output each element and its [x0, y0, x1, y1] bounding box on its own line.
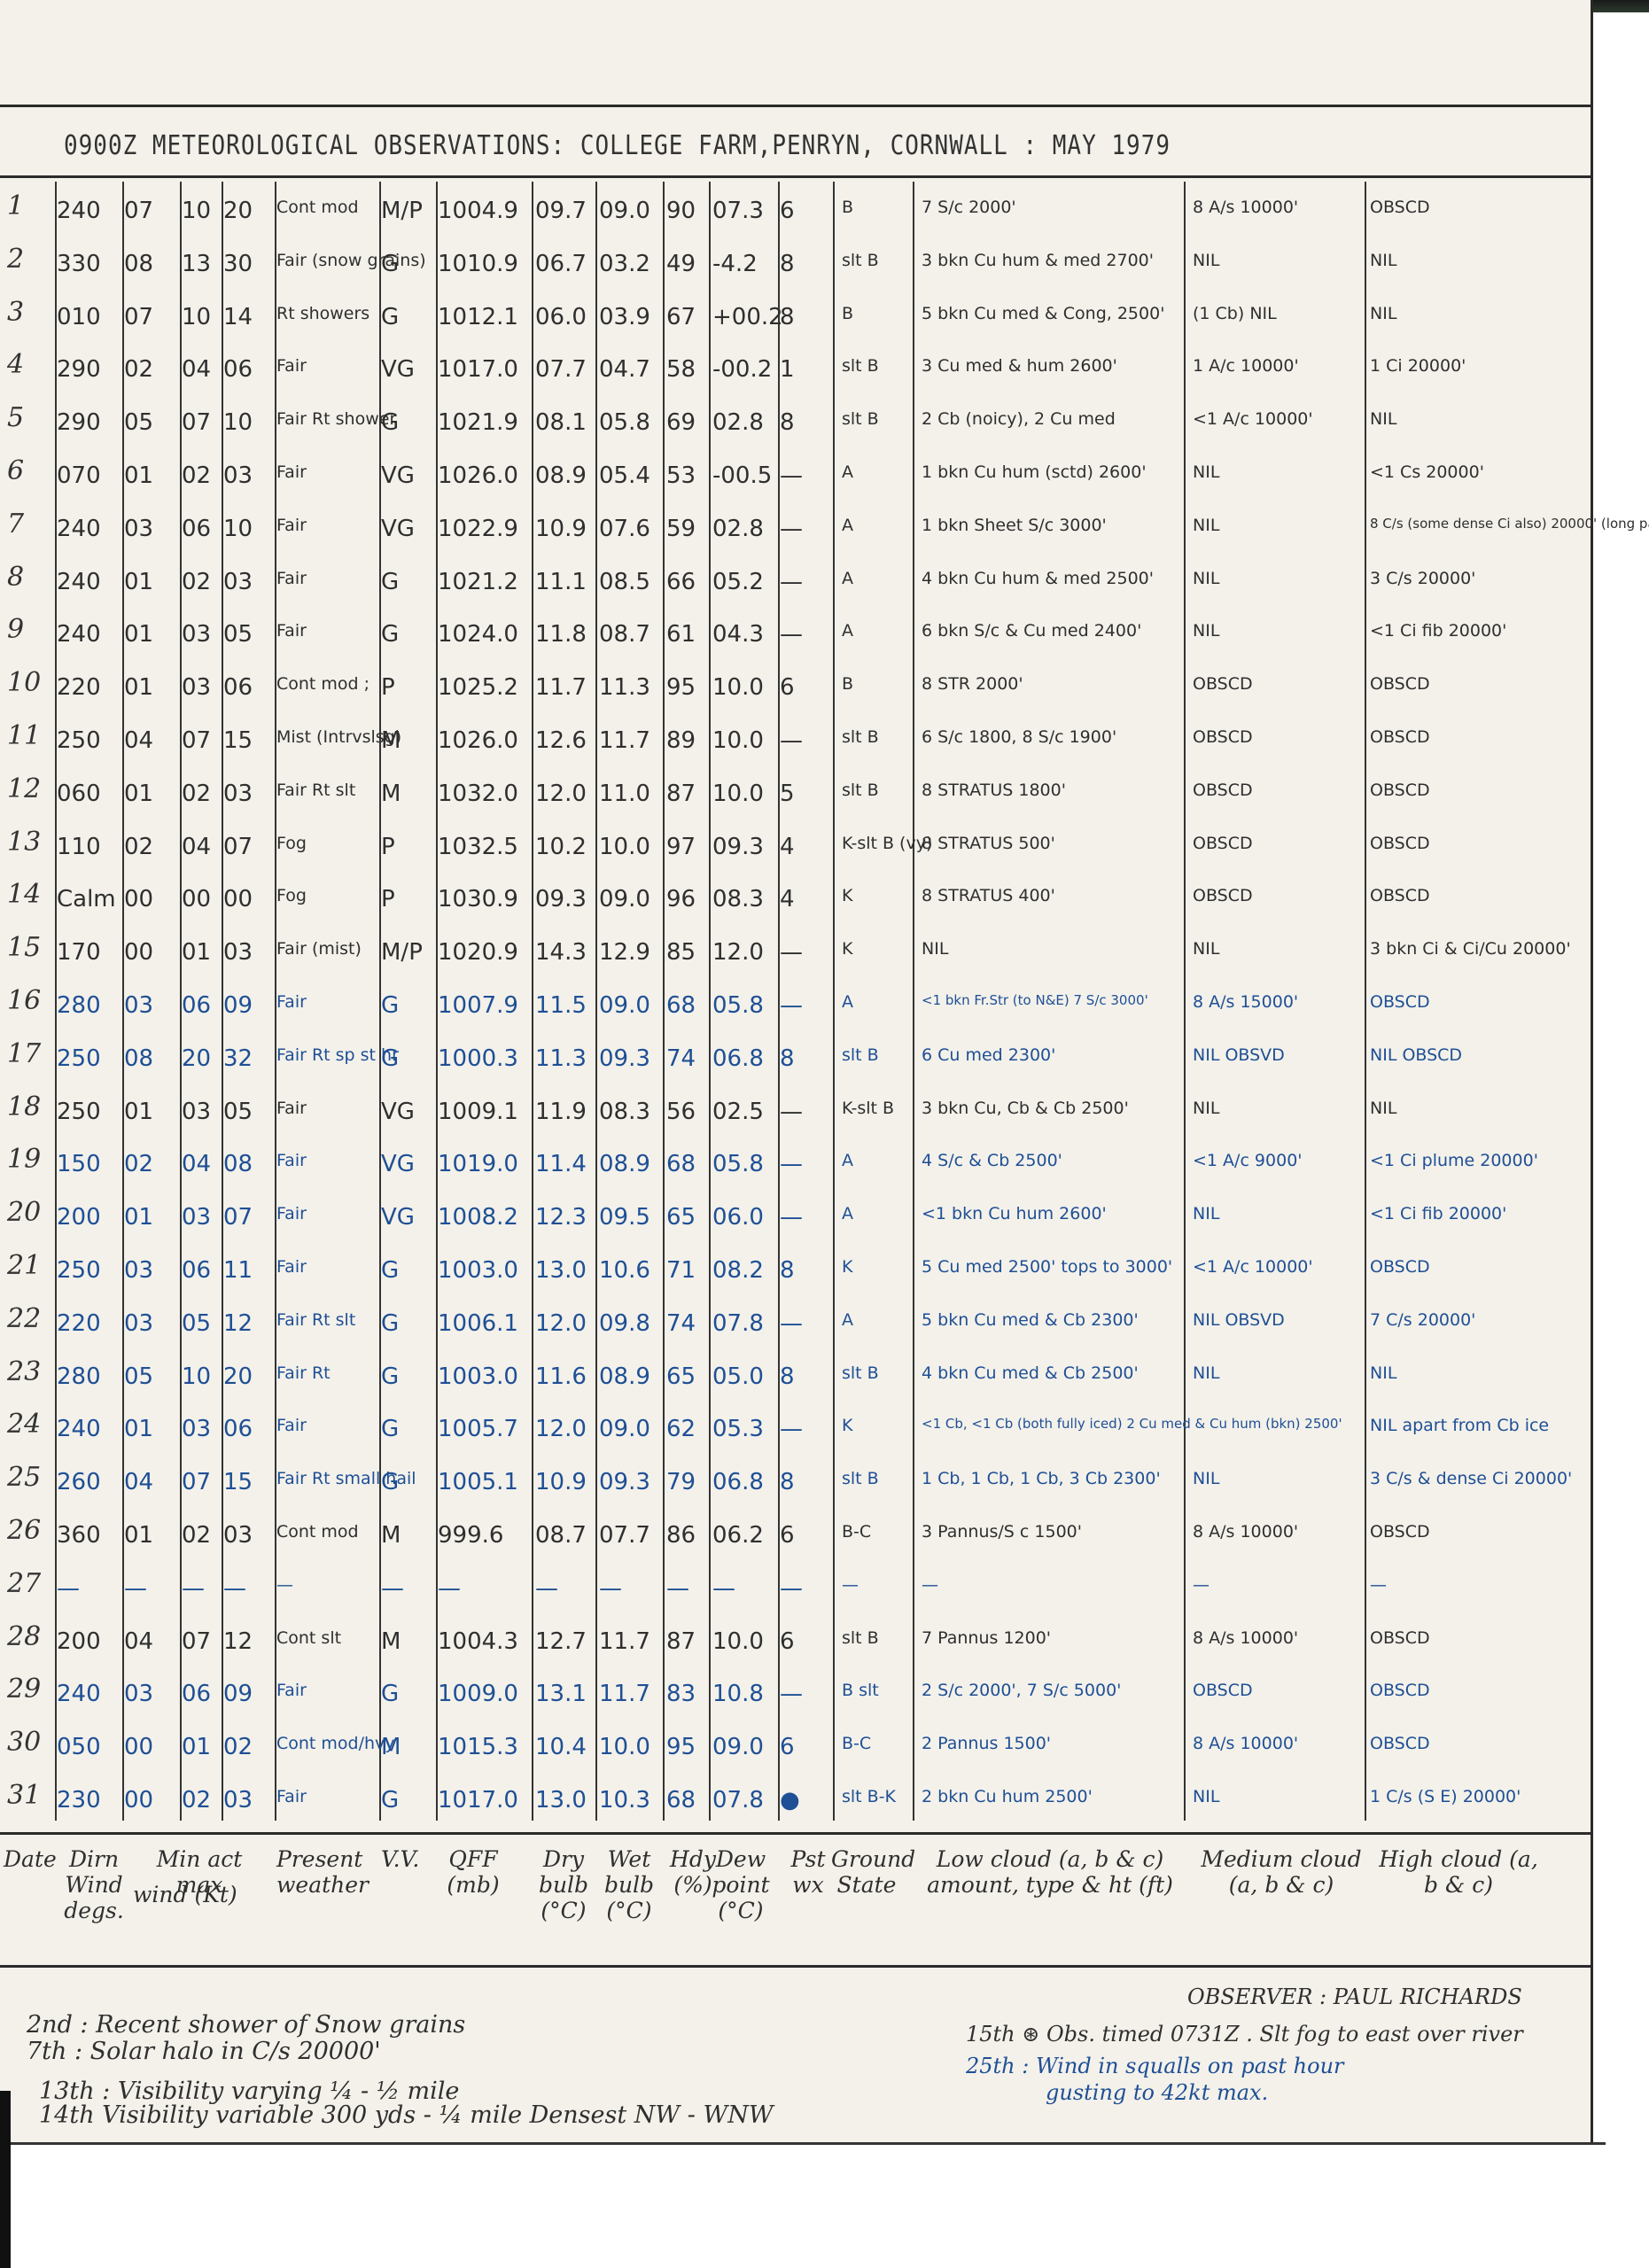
- cell-gs: K: [842, 1257, 852, 1277]
- day-number: 19: [7, 1144, 51, 1175]
- cell-gs: A: [842, 516, 853, 535]
- cell-wmax: 30: [223, 251, 253, 277]
- cell-wet: 08.3: [599, 1099, 650, 1125]
- cell-pst: 6: [780, 674, 795, 701]
- cell-wmin: 01: [124, 462, 153, 489]
- cell-low: 8 STRATUS 500': [922, 834, 1055, 853]
- cell-qff: 1030.9: [438, 886, 518, 913]
- cell-wet: 08.7: [599, 621, 650, 648]
- cell-low: 2 S/c 2000', 7 S/c 5000': [922, 1681, 1121, 1700]
- cell-gs: B: [842, 674, 853, 694]
- cell-wet: 09.8: [599, 1310, 650, 1337]
- cell-med: <1 A/c 9000': [1193, 1151, 1303, 1170]
- cell-gs: B: [842, 304, 853, 323]
- cell-high: NIL: [1370, 304, 1396, 323]
- caption-low: Low cloud (a, b & c) amount, type & ht (…: [922, 1847, 1178, 1899]
- cell-qff: 1020.9: [438, 939, 518, 966]
- cell-wet: 10.0: [599, 834, 650, 860]
- caption-med: Medium cloud (a, b & c): [1193, 1847, 1370, 1899]
- cell-vv: P: [381, 834, 395, 860]
- cell-low: 3 bkn Cu hum & med 2700': [922, 251, 1154, 270]
- cell-dir: 290: [57, 356, 101, 383]
- cell-med: (1 Cb) NIL: [1193, 304, 1277, 323]
- cell-wx: Fog: [276, 886, 307, 905]
- cell-vv: M: [381, 727, 401, 754]
- cell-low: 6 Cu med 2300': [922, 1045, 1055, 1065]
- cell-dry: 10.4: [535, 1734, 587, 1760]
- cell-gs: slt B: [842, 1628, 879, 1648]
- cell-rh: —: [666, 1575, 689, 1602]
- cell-qff: 1026.0: [438, 462, 518, 489]
- cell-dry: 11.8: [535, 621, 587, 648]
- cell-vv: G: [381, 409, 399, 436]
- cell-gs: K-slt B (vy): [842, 834, 932, 853]
- cell-dir: 200: [57, 1204, 101, 1231]
- cell-dir: 200: [57, 1628, 101, 1655]
- cell-dir: 220: [57, 674, 101, 701]
- cell-wet: 11.7: [599, 727, 650, 754]
- cell-dir: 360: [57, 1522, 101, 1549]
- day-number: 14: [7, 879, 51, 910]
- cell-vv: VG: [381, 516, 415, 542]
- cell-rh: 53: [666, 462, 696, 489]
- cell-wet: 05.4: [599, 462, 650, 489]
- cell-vv: G: [381, 992, 399, 1019]
- cell-rh: 95: [666, 674, 696, 701]
- cell-pst: —: [780, 1204, 803, 1231]
- cell-wmax: 06: [223, 1416, 253, 1442]
- cell-wmin: 02: [124, 834, 153, 860]
- cell-dir: 240: [57, 198, 101, 224]
- remark-line: 14th Visibility variable 300 yds - ¼ mil…: [39, 2101, 774, 2129]
- cell-dir: 330: [57, 251, 101, 277]
- day-number: 20: [7, 1197, 51, 1228]
- cell-pst: —: [780, 1416, 803, 1442]
- day-number: 7: [7, 509, 51, 540]
- cell-wmax: 03: [223, 462, 253, 489]
- cell-vv: G: [381, 1045, 399, 1072]
- day-number: 1: [7, 190, 51, 221]
- cell-qff: 1017.0: [438, 356, 518, 383]
- cell-qff: 1019.0: [438, 1151, 518, 1177]
- cell-qff: 1005.1: [438, 1469, 518, 1495]
- cell-pst: 8: [780, 1363, 795, 1390]
- cell-wmax: 15: [223, 727, 253, 754]
- cell-gs: K-slt B: [842, 1099, 894, 1118]
- cell-low: 7 Pannus 1200': [922, 1628, 1051, 1648]
- cell-med: 8 A/s 10000': [1193, 1734, 1298, 1753]
- cell-high: 8 C/s (some dense Ci also) 20000' (long …: [1370, 516, 1649, 532]
- cell-dew: 06.0: [712, 1204, 764, 1231]
- cell-wet: 08.5: [599, 569, 650, 595]
- cell-dew: 06.2: [712, 1522, 764, 1549]
- cell-wet: 04.7: [599, 356, 650, 383]
- day-number: 11: [7, 720, 51, 751]
- cell-wmin: 03: [124, 992, 153, 1019]
- cell-dew: 06.8: [712, 1045, 764, 1072]
- cell-wmax: 00: [223, 886, 253, 913]
- cell-vv: M/P: [381, 198, 423, 224]
- cell-wmin: 01: [124, 569, 153, 595]
- cell-wmin: 00: [124, 939, 153, 966]
- cell-dir: 010: [57, 304, 101, 330]
- cell-wmin: 01: [124, 781, 153, 807]
- cell-med: OBSCD: [1193, 1681, 1253, 1700]
- cell-rh: 95: [666, 1734, 696, 1760]
- cell-wact: 20: [182, 1045, 211, 1072]
- cell-high: <1 Ci plume 20000': [1370, 1151, 1538, 1170]
- day-number: 18: [7, 1091, 51, 1122]
- cell-dir: —: [57, 1575, 80, 1602]
- cell-wact: 03: [182, 1099, 211, 1125]
- cell-high: OBSCD: [1370, 781, 1430, 800]
- day-number: 31: [7, 1780, 51, 1811]
- cell-med: NIL OBSVD: [1193, 1045, 1285, 1065]
- cell-dew: 08.3: [712, 886, 764, 913]
- day-number: 28: [7, 1621, 51, 1652]
- cell-med: 8 A/s 10000': [1193, 198, 1298, 217]
- cell-pst: 6: [780, 1628, 795, 1655]
- cell-wet: 09.3: [599, 1469, 650, 1495]
- cell-wmin: 01: [124, 1099, 153, 1125]
- column-divider: [1184, 182, 1186, 1821]
- cell-wmax: 07: [223, 1204, 253, 1231]
- cell-gs: B-C: [842, 1522, 871, 1542]
- cell-rh: 79: [666, 1469, 696, 1495]
- cell-low: 4 bkn Cu hum & med 2500': [922, 569, 1154, 588]
- cell-gs: A: [842, 569, 853, 588]
- cell-dir: 050: [57, 1734, 101, 1760]
- cell-dew: 05.2: [712, 569, 764, 595]
- cell-low: <1 Cb, <1 Cb (both fully iced) 2 Cu med …: [922, 1416, 1342, 1432]
- cell-rh: 65: [666, 1204, 696, 1231]
- remark-line: 25th : Wind in squalls on past hour: [966, 2054, 1344, 2078]
- cell-wact: 02: [182, 1522, 211, 1549]
- cell-dew: 02.8: [712, 409, 764, 436]
- cell-high: OBSCD: [1370, 674, 1430, 694]
- cell-wact: 01: [182, 939, 211, 966]
- cell-vv: VG: [381, 356, 415, 383]
- caption-wet: Wet bulb (°C): [594, 1847, 665, 1923]
- cell-dry: 12.6: [535, 727, 587, 754]
- cell-pst: —: [780, 727, 803, 754]
- cell-high: NIL: [1370, 1363, 1396, 1383]
- cell-pst: 6: [780, 1522, 795, 1549]
- cell-dir: 220: [57, 1310, 101, 1337]
- caption-wx: Present weather: [276, 1847, 347, 1899]
- cell-qff: 1009.0: [438, 1681, 518, 1707]
- cell-low: NIL: [922, 939, 948, 959]
- cell-wmin: 08: [124, 251, 153, 277]
- day-number: 21: [7, 1250, 51, 1281]
- cell-med: NIL: [1193, 462, 1219, 482]
- cell-wet: 09.0: [599, 992, 650, 1019]
- cell-high: 3 bkn Ci & Ci/Cu 20000': [1370, 939, 1571, 959]
- cell-pst: —: [780, 1099, 803, 1125]
- cell-pst: —: [780, 939, 803, 966]
- cell-dry: 08.7: [535, 1522, 587, 1549]
- caption-dew: Dew point (°C): [705, 1847, 776, 1923]
- cell-wmax: 09: [223, 1681, 253, 1707]
- cell-gs: slt B: [842, 1469, 879, 1488]
- cell-med: NIL: [1193, 1469, 1219, 1488]
- cell-high: OBSCD: [1370, 1681, 1430, 1700]
- cell-wx: Cont mod ;: [276, 674, 369, 694]
- cell-vv: G: [381, 621, 399, 648]
- cell-dry: 10.9: [535, 1469, 587, 1495]
- cell-pst: 1: [780, 356, 795, 383]
- cell-high: <1 Ci fib 20000': [1370, 621, 1506, 641]
- cell-wet: 11.7: [599, 1681, 650, 1707]
- cell-med: 8 A/s 10000': [1193, 1628, 1298, 1648]
- cell-dew: 05.8: [712, 1151, 764, 1177]
- cell-rh: 65: [666, 1363, 696, 1390]
- cell-wet: 07.6: [599, 516, 650, 542]
- cell-dry: 11.4: [535, 1151, 587, 1177]
- cell-med: OBSCD: [1193, 781, 1253, 800]
- cell-dry: 08.1: [535, 409, 587, 436]
- cell-high: <1 Cs 20000': [1370, 462, 1484, 482]
- cell-gs: K: [842, 1416, 852, 1435]
- cell-dir: Calm: [57, 886, 116, 913]
- cell-low: 1 Cb, 1 Cb, 1 Cb, 3 Cb 2300': [922, 1469, 1161, 1488]
- cell-high: OBSCD: [1370, 727, 1430, 747]
- cell-high: 3 C/s & dense Ci 20000': [1370, 1469, 1572, 1488]
- cell-low: 3 bkn Cu, Cb & Cb 2500': [922, 1099, 1129, 1118]
- cell-wx: Fair: [276, 1099, 307, 1118]
- cell-dew: 10.0: [712, 781, 764, 807]
- cell-high: NIL apart from Cb ice: [1370, 1416, 1549, 1435]
- cell-gs: B slt: [842, 1681, 879, 1700]
- cell-wmax: 06: [223, 674, 253, 701]
- cell-wact: 00: [182, 886, 211, 913]
- cell-dry: 11.1: [535, 569, 587, 595]
- cell-gs: slt B: [842, 781, 879, 800]
- cell-wet: —: [599, 1575, 622, 1602]
- cell-wact: —: [182, 1575, 205, 1602]
- cell-dew: 10.0: [712, 674, 764, 701]
- cell-rh: 69: [666, 409, 696, 436]
- cell-dry: 10.9: [535, 516, 587, 542]
- cell-pst: 8: [780, 1469, 795, 1495]
- cell-rh: 87: [666, 1628, 696, 1655]
- cell-pst: —: [780, 569, 803, 595]
- cell-wmax: 03: [223, 939, 253, 966]
- day-number: 27: [7, 1568, 51, 1599]
- column-divider: [913, 182, 914, 1821]
- cell-low: 8 STR 2000': [922, 674, 1023, 694]
- cell-wx: Fair Rt: [276, 1363, 331, 1383]
- column-divider: [709, 182, 711, 1821]
- cell-dry: 11.6: [535, 1363, 587, 1390]
- cell-dew: 07.8: [712, 1310, 764, 1337]
- cell-high: OBSCD: [1370, 1257, 1430, 1277]
- cell-gs: slt B: [842, 1363, 879, 1383]
- cell-high: —: [1370, 1575, 1387, 1595]
- remark-line: 2nd : Recent shower of Snow grains: [27, 2011, 465, 2039]
- cell-wet: 10.6: [599, 1257, 650, 1284]
- cell-high: OBSCD: [1370, 834, 1430, 853]
- cell-wmin: 05: [124, 409, 153, 436]
- cell-wmin: 07: [124, 198, 153, 224]
- cell-gs: K: [842, 939, 852, 959]
- cell-wact: 03: [182, 1204, 211, 1231]
- cell-wmin: 00: [124, 1734, 153, 1760]
- day-number: 23: [7, 1356, 51, 1387]
- caption-vv: V.V.: [381, 1847, 419, 1873]
- cell-wet: 09.3: [599, 1045, 650, 1072]
- cell-wmax: 32: [223, 1045, 253, 1072]
- cell-wx: Fair: [276, 1416, 307, 1435]
- cell-dir: 250: [57, 1045, 101, 1072]
- cell-med: —: [1193, 1575, 1210, 1595]
- cell-gs: K: [842, 886, 852, 905]
- cell-rh: 85: [666, 939, 696, 966]
- cell-wmin: 00: [124, 1787, 153, 1814]
- cell-low: 1 bkn Cu hum (sctd) 2600': [922, 462, 1147, 482]
- cell-low: 5 bkn Cu med & Cb 2300': [922, 1310, 1139, 1330]
- cell-wact: 06: [182, 992, 211, 1019]
- cell-high: OBSCD: [1370, 1522, 1430, 1542]
- column-divider: [595, 182, 597, 1821]
- cell-wmin: 07: [124, 304, 153, 330]
- cell-wx: Fair: [276, 1787, 307, 1806]
- cell-pst: —: [780, 1151, 803, 1177]
- cell-wet: 08.9: [599, 1151, 650, 1177]
- caption-qff: QFF (mb): [438, 1847, 509, 1899]
- cell-low: 4 S/c & Cb 2500': [922, 1151, 1062, 1170]
- cell-wet: 05.8: [599, 409, 650, 436]
- cell-dry: 10.2: [535, 834, 587, 860]
- cell-vv: G: [381, 1681, 399, 1707]
- cell-wmin: 01: [124, 621, 153, 648]
- day-number: 9: [7, 614, 51, 645]
- cell-pst: —: [780, 1681, 803, 1707]
- cell-wx: Fair Rt shower: [276, 409, 396, 429]
- cell-vv: —: [381, 1575, 404, 1602]
- cell-dew: 05.0: [712, 1363, 764, 1390]
- cell-wmax: 03: [223, 781, 253, 807]
- cell-low: 8 STRATUS 400': [922, 886, 1055, 905]
- cell-vv: G: [381, 251, 399, 277]
- day-number: 17: [7, 1038, 51, 1069]
- cell-wact: 02: [182, 462, 211, 489]
- cell-low: 1 bkn Sheet S/c 3000': [922, 516, 1107, 535]
- cell-med: OBSCD: [1193, 674, 1253, 694]
- cell-dir: 260: [57, 1469, 101, 1495]
- cell-gs: A: [842, 1310, 853, 1330]
- column-divider: [532, 182, 533, 1821]
- caption-wind-group: wind (Kt): [133, 1883, 237, 1908]
- cell-rh: 59: [666, 516, 696, 542]
- day-number: 22: [7, 1303, 51, 1334]
- cell-dew: 10.0: [712, 727, 764, 754]
- cell-dry: 13.0: [535, 1787, 587, 1814]
- cell-wx: Fair: [276, 992, 307, 1012]
- cell-wmax: 06: [223, 356, 253, 383]
- cell-wact: 07: [182, 1628, 211, 1655]
- cell-qff: 1004.3: [438, 1628, 518, 1655]
- cell-wmax: —: [223, 1575, 246, 1602]
- cell-low: 3 Pannus/S c 1500': [922, 1522, 1082, 1542]
- cell-dew: 02.8: [712, 516, 764, 542]
- cell-qff: 1021.2: [438, 569, 518, 595]
- cell-dir: 150: [57, 1151, 101, 1177]
- cell-wx: —: [276, 1575, 293, 1595]
- cell-gs: A: [842, 992, 853, 1012]
- caption-gs: Ground State: [831, 1847, 902, 1899]
- cell-rh: 97: [666, 834, 696, 860]
- day-number: 8: [7, 562, 51, 593]
- cell-vv: M: [381, 1734, 401, 1760]
- cell-vv: G: [381, 1310, 399, 1337]
- cell-pst: 8: [780, 1257, 795, 1284]
- cell-dry: 12.0: [535, 1310, 587, 1337]
- cell-vv: M: [381, 1628, 401, 1655]
- cell-rh: 89: [666, 727, 696, 754]
- cell-dir: 240: [57, 1416, 101, 1442]
- cell-gs: B: [842, 198, 853, 217]
- cell-dew: 07.8: [712, 1787, 764, 1814]
- cell-dir: 250: [57, 1099, 101, 1125]
- cell-gs: A: [842, 1204, 853, 1223]
- cell-dry: 07.7: [535, 356, 587, 383]
- cell-qff: —: [438, 1575, 461, 1602]
- cell-wmin: 05: [124, 1363, 153, 1390]
- cell-rh: 66: [666, 569, 696, 595]
- cell-dew: 09.0: [712, 1734, 764, 1760]
- cell-dir: 250: [57, 727, 101, 754]
- cell-wact: 06: [182, 516, 211, 542]
- cell-wx: Fair: [276, 1151, 307, 1170]
- cell-dir: 170: [57, 939, 101, 966]
- cell-wmax: 12: [223, 1628, 253, 1655]
- cell-qff: 1032.5: [438, 834, 518, 860]
- cell-high: 3 C/s 20000': [1370, 569, 1475, 588]
- cell-low: 2 Cb (noicy), 2 Cu med: [922, 409, 1116, 429]
- cell-dir: 240: [57, 1681, 101, 1707]
- cell-dew: -00.5: [712, 462, 772, 489]
- cell-gs: —: [842, 1575, 859, 1595]
- day-number: 26: [7, 1515, 51, 1546]
- cell-wet: 10.0: [599, 1734, 650, 1760]
- cell-vv: M: [381, 1522, 401, 1549]
- cell-pst: 8: [780, 304, 795, 330]
- cell-med: OBSCD: [1193, 886, 1253, 905]
- cell-pst: 8: [780, 409, 795, 436]
- cell-qff: 1003.0: [438, 1257, 518, 1284]
- cell-qff: 1000.3: [438, 1045, 518, 1072]
- cell-low: 2 Pannus 1500': [922, 1734, 1051, 1753]
- day-number: 10: [7, 667, 51, 698]
- cell-wx: Fair: [276, 621, 307, 641]
- cell-dir: 280: [57, 992, 101, 1019]
- cell-dry: 13.1: [535, 1681, 587, 1707]
- cell-wact: 05: [182, 1310, 211, 1337]
- cell-qff: 1005.7: [438, 1416, 518, 1442]
- cell-low: 6 bkn S/c & Cu med 2400': [922, 621, 1141, 641]
- cell-med: NIL: [1193, 1204, 1219, 1223]
- cell-wet: 03.2: [599, 251, 650, 277]
- cell-dry: 09.7: [535, 198, 587, 224]
- day-number: 29: [7, 1674, 51, 1705]
- cell-vv: G: [381, 1469, 399, 1495]
- cell-dry: —: [535, 1575, 558, 1602]
- cell-wmin: 01: [124, 674, 153, 701]
- caption-high: High cloud (a, b & c): [1370, 1847, 1547, 1899]
- table-bottom-rule: [0, 1832, 1591, 1835]
- cell-dry: 12.7: [535, 1628, 587, 1655]
